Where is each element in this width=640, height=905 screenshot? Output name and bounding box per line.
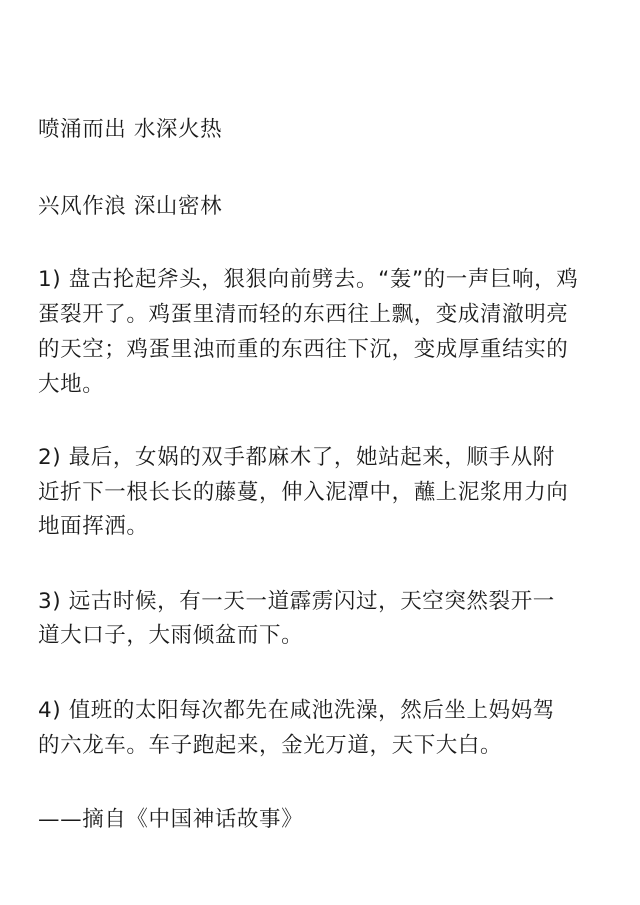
passage-2-line-2: 近折下一根长长的藤蔓，伸入泥潭中，蘸上泥浆用力向 xyxy=(38,479,568,507)
idiom-line-2: 兴风作浪 深山密林 xyxy=(38,193,222,221)
passage-4-line-1: 4) 值班的太阳每次都先在咸池洗澡，然后坐上妈妈驾 xyxy=(38,697,555,725)
passage-3-line-2: 道大口子，大雨倾盆而下。 xyxy=(38,622,303,650)
passage-1-line-4: 大地。 xyxy=(38,371,104,399)
passage-2-line-3: 地面挥洒。 xyxy=(38,513,149,541)
passage-2-line-1: 2) 最后，女娲的双手都麻木了，她站起来，顺手从附 xyxy=(38,444,555,472)
source-citation: ——摘自《中国神话故事》 xyxy=(38,806,303,834)
passage-1-line-1: 1) 盘古抡起斧头，狠狠向前劈去。“轰”的一声巨响，鸡 xyxy=(38,266,578,294)
passage-3-line-1: 3) 远古时候，有一天一道霹雳闪过，天空突然裂开一 xyxy=(38,588,555,616)
passage-4-line-2: 的六龙车。车子跑起来，金光万道，天下大白。 xyxy=(38,732,502,760)
passage-1-line-3: 的天空；鸡蛋里浊而重的东西往下沉，变成厚重结实的 xyxy=(38,336,568,364)
idiom-line-1: 喷涌而出 水深火热 xyxy=(38,116,222,144)
passage-1-line-2: 蛋裂开了。鸡蛋里清而轻的东西往上飘，变成清澈明亮 xyxy=(38,301,568,329)
